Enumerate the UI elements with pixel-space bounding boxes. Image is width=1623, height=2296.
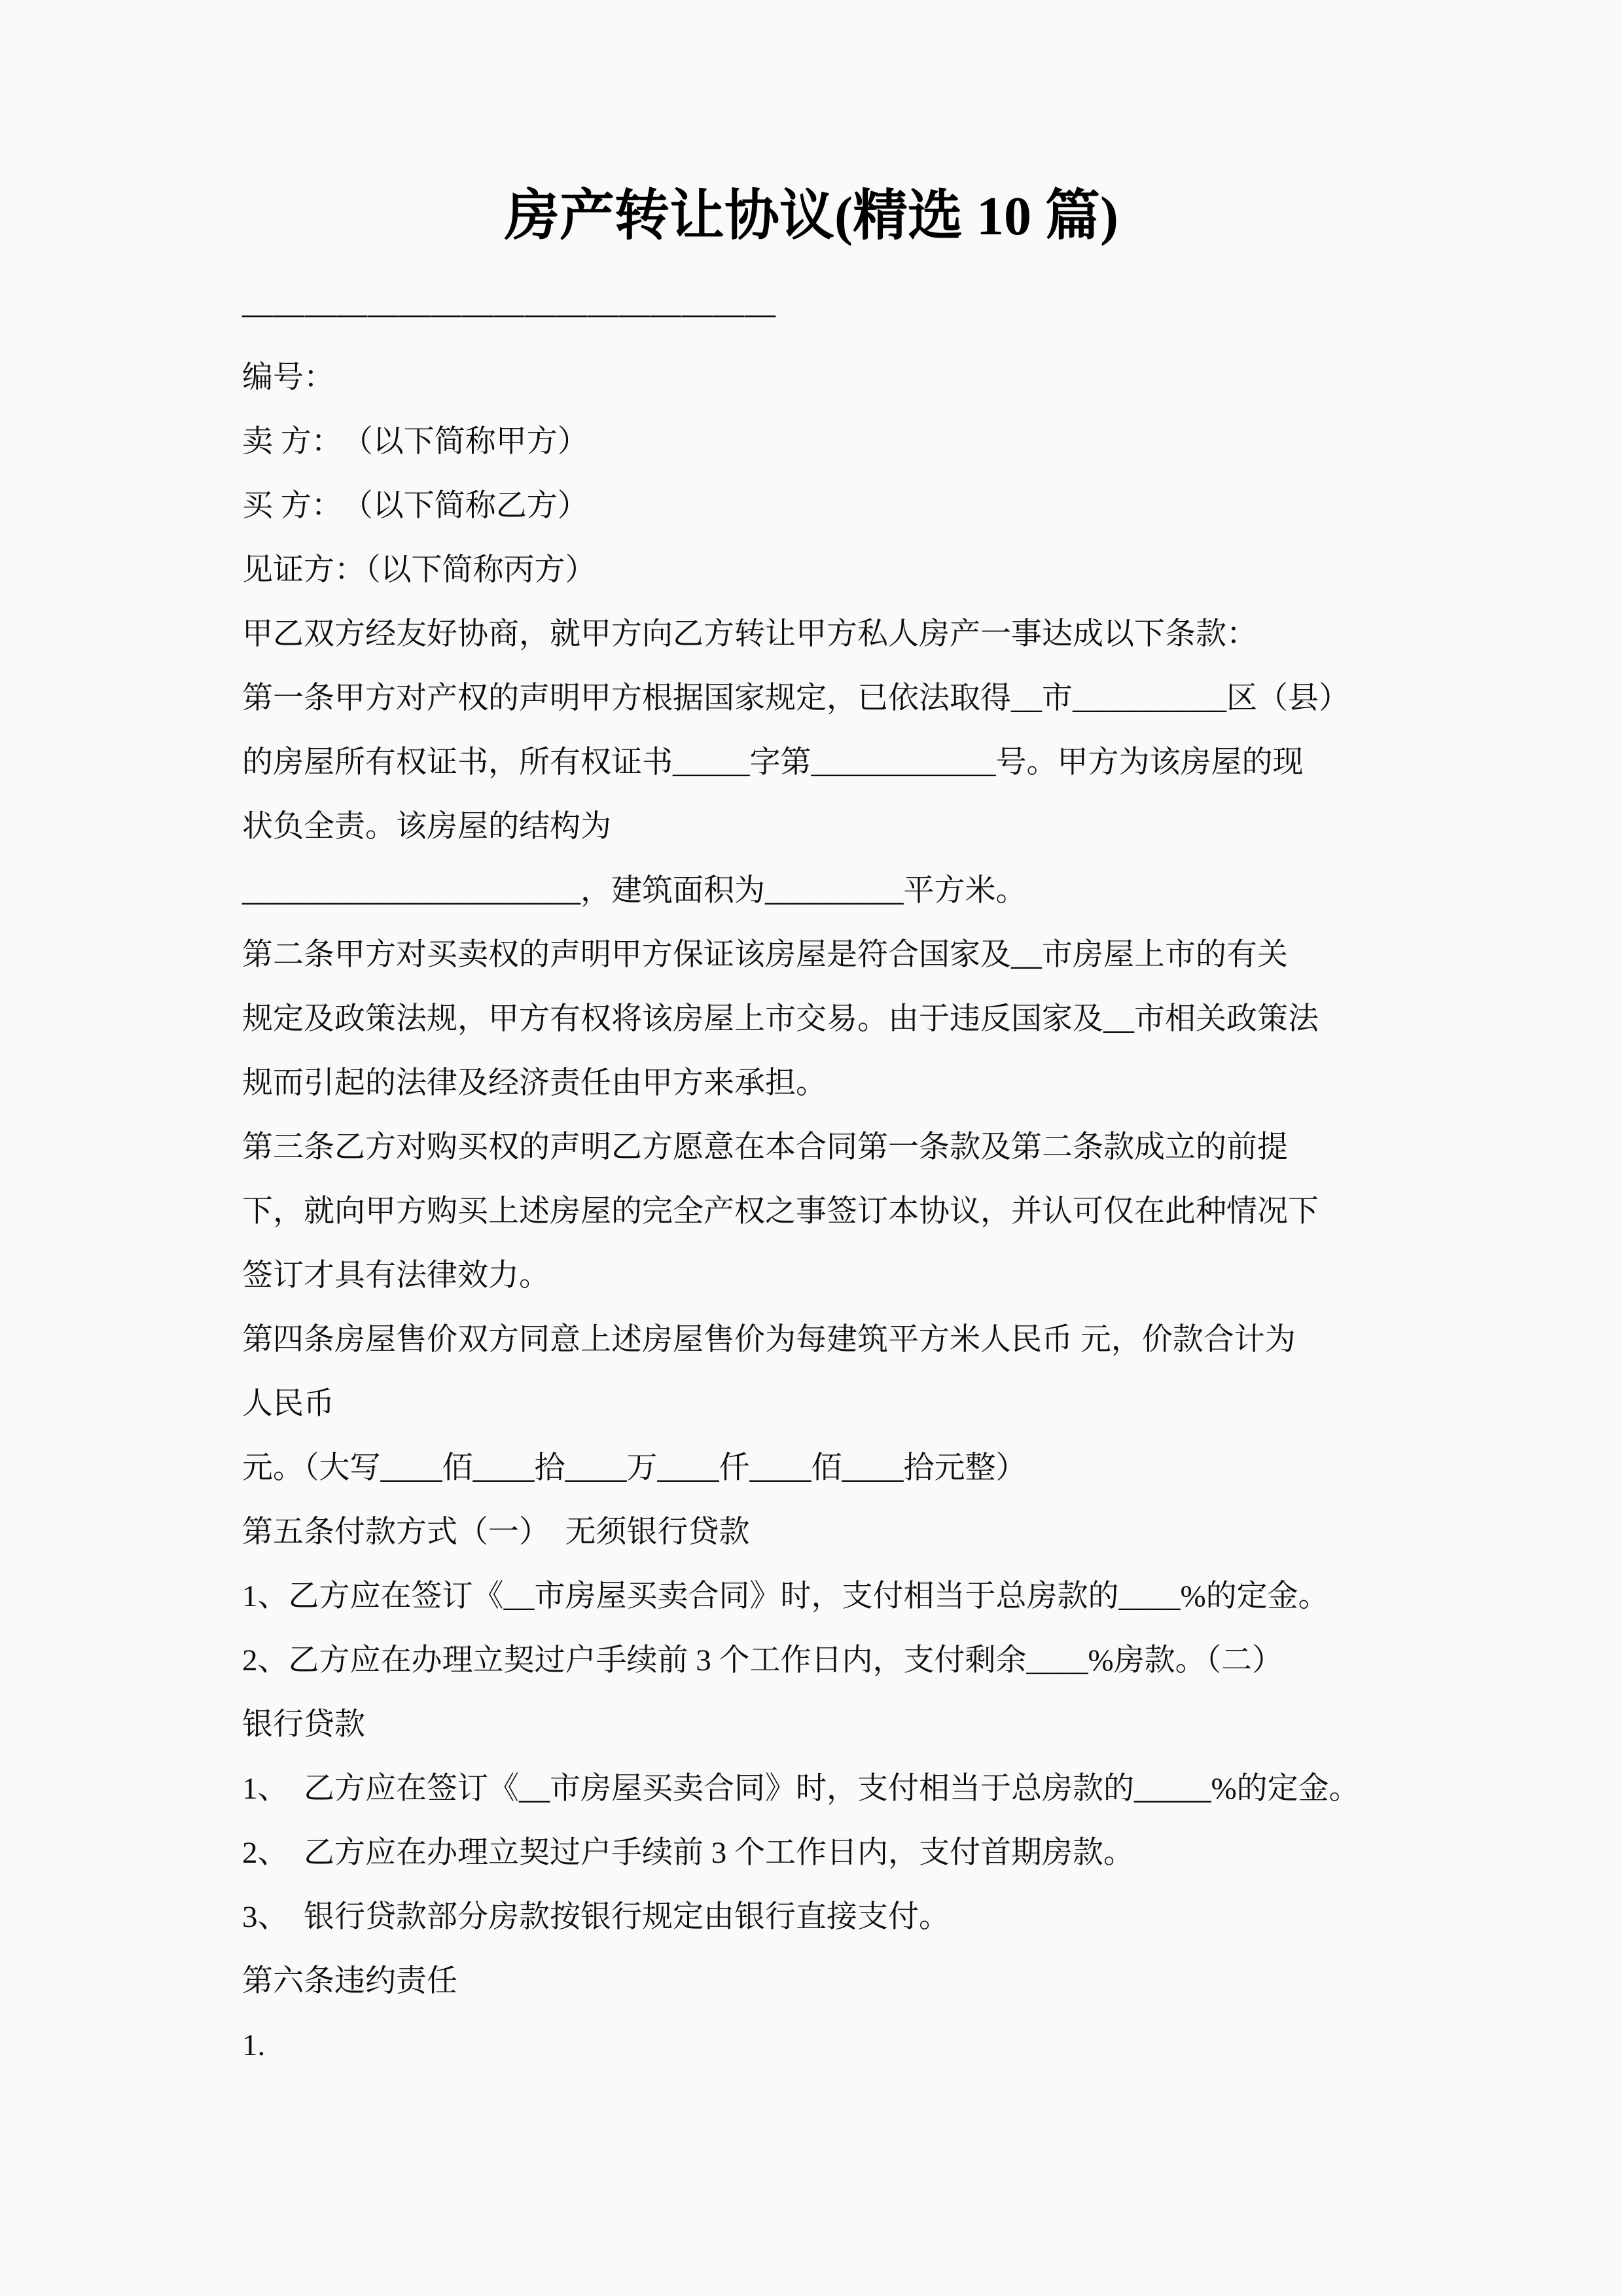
document-line: 人民币	[242, 1372, 1394, 1436]
document-line: ______________________，建筑面积为_________平方米…	[242, 859, 1394, 923]
document-line: 元。（大写____佰____拾____万____仟____佰____拾元整）	[242, 1436, 1394, 1500]
document-line: 卖 方： （以下简称甲方）	[242, 410, 1394, 474]
divider-line: —————————————————	[242, 281, 1382, 346]
contract-body: 编号： 卖 方： （以下简称甲方） 买 方： （以下简称乙方） 见证方：（以下简…	[242, 346, 1394, 2077]
document-line: 规而引起的法律及经济责任由甲方来承担。	[242, 1051, 1394, 1115]
contract-document: { "page": { "title": "房产转让协议(精选 10 篇)", …	[0, 0, 1623, 2296]
document-line: 2、乙方应在办理立契过户手续前 3 个工作日内，支付剩余____%房款。（二）	[242, 1628, 1394, 1693]
document-line: 签订才具有法律效力。	[242, 1244, 1394, 1308]
document-line: 3、 银行贷款部分房款按银行规定由银行直接支付。	[242, 1885, 1394, 1949]
document-line: 甲乙双方经友好协商，就甲方向乙方转让甲方私人房产一事达成以下条款：	[242, 602, 1394, 666]
document-line: 银行贷款	[242, 1693, 1394, 1757]
document-line: 状负全责。该房屋的结构为	[242, 795, 1394, 859]
document-line: 1.	[242, 2013, 1394, 2077]
document-line: 第一条甲方对产权的声明甲方根据国家规定，已依法取得__市__________区（…	[242, 666, 1394, 730]
document-line: 下，就向甲方购买上述房屋的完全产权之事签订本协议，并认可仅在此种情况下	[242, 1179, 1394, 1244]
document-line: 编号：	[242, 346, 1394, 410]
contract-page: 房产转让协议(精选 10 篇) ————————————————— 编号： 卖 …	[0, 0, 1623, 2296]
document-line: 第六条违约责任	[242, 1949, 1394, 2013]
document-line: 1、 乙方应在签订《__市房屋买卖合同》时，支付相当于总房款的_____%的定金…	[242, 1757, 1394, 1821]
document-line: 买 方： （以下简称乙方）	[242, 474, 1394, 538]
document-line: 2、 乙方应在办理立契过户手续前 3 个工作日内，支付首期房款。	[242, 1821, 1394, 1885]
document-line: 见证方：（以下简称丙方）	[242, 538, 1394, 602]
document-title: 房产转让协议(精选 10 篇)	[0, 182, 1623, 251]
document-line: 第五条付款方式（一） 无须银行贷款	[242, 1500, 1394, 1564]
document-line: 第三条乙方对购买权的声明乙方愿意在本合同第一条款及第二条款成立的前提	[242, 1115, 1394, 1179]
document-line: 1、乙方应在签订《__市房屋买卖合同》时，支付相当于总房款的____%的定金。	[242, 1564, 1394, 1628]
document-line: 的房屋所有权证书，所有权证书_____字第____________号。甲方为该房…	[242, 730, 1394, 795]
document-line: 第四条房屋售价双方同意上述房屋售价为每建筑平方米人民币 元，价款合计为	[242, 1308, 1394, 1372]
document-line: 规定及政策法规，甲方有权将该房屋上市交易。由于违反国家及__市相关政策法	[242, 987, 1394, 1051]
document-line: 第二条甲方对买卖权的声明甲方保证该房屋是符合国家及__市房屋上市的有关	[242, 923, 1394, 987]
